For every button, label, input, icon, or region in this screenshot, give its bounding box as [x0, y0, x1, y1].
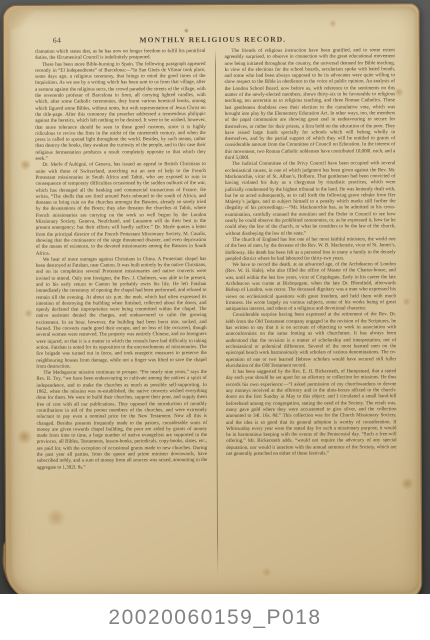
digitized-page-photo: 64 MONTHLY RELIGIOUS RECORD. clamation w… — [0, 0, 430, 640]
paper-surface: 64 MONTHLY RELIGIOUS RECORD. clamation w… — [9, 7, 420, 595]
paragraph: clamation which states that, as he has n… — [35, 49, 206, 62]
text-columns: clamation which states that, as he has n… — [35, 48, 397, 577]
book-page: 64 MONTHLY RELIGIOUS RECORD. clamation w… — [9, 7, 420, 595]
paragraph: The friends of religious instruction hav… — [224, 48, 395, 162]
paragraph: We have to record the death, at an advan… — [225, 262, 396, 313]
foxing-spot — [24, 309, 33, 318]
paragraph: Dr. Merle d’Aubigné, of Geneva, has issu… — [35, 162, 206, 257]
column-left: clamation which states that, as he has n… — [35, 49, 208, 577]
paragraph: The Judicial Committee of the Privy Coun… — [225, 162, 396, 238]
paragraph: It has been suggested by the Rev. E. H. … — [226, 369, 397, 458]
column-divider-rule — [214, 49, 217, 576]
page-corner-fold — [11, 11, 37, 29]
foxing-spot — [17, 429, 33, 445]
scan-label-band: 20020060159_P018 — [0, 594, 430, 640]
paragraph: The Madagascar mission continues to pros… — [36, 370, 207, 471]
running-header: 64 MONTHLY RELIGIOUS RECORD. — [9, 34, 417, 48]
foxing-spot — [19, 159, 31, 171]
foxing-spot — [184, 28, 189, 33]
column-right: The friends of religious instruction hav… — [224, 48, 397, 576]
foxing-spot — [394, 87, 404, 97]
paragraph: We hear of more outrages against Christi… — [36, 257, 207, 371]
foxing-spot — [402, 297, 411, 306]
paragraph: There has been more Bible-burning in Spa… — [35, 62, 206, 163]
foxing-spot — [329, 19, 337, 27]
paragraph: Considerable surprise having been expres… — [226, 313, 397, 370]
paragraph: The church of England has lost one of he… — [225, 237, 396, 263]
journal-title: MONTHLY RELIGIOUS RECORD. — [9, 34, 417, 45]
scan-id-label: 20020060159_P018 — [108, 606, 321, 630]
foxing-spot — [401, 477, 414, 490]
